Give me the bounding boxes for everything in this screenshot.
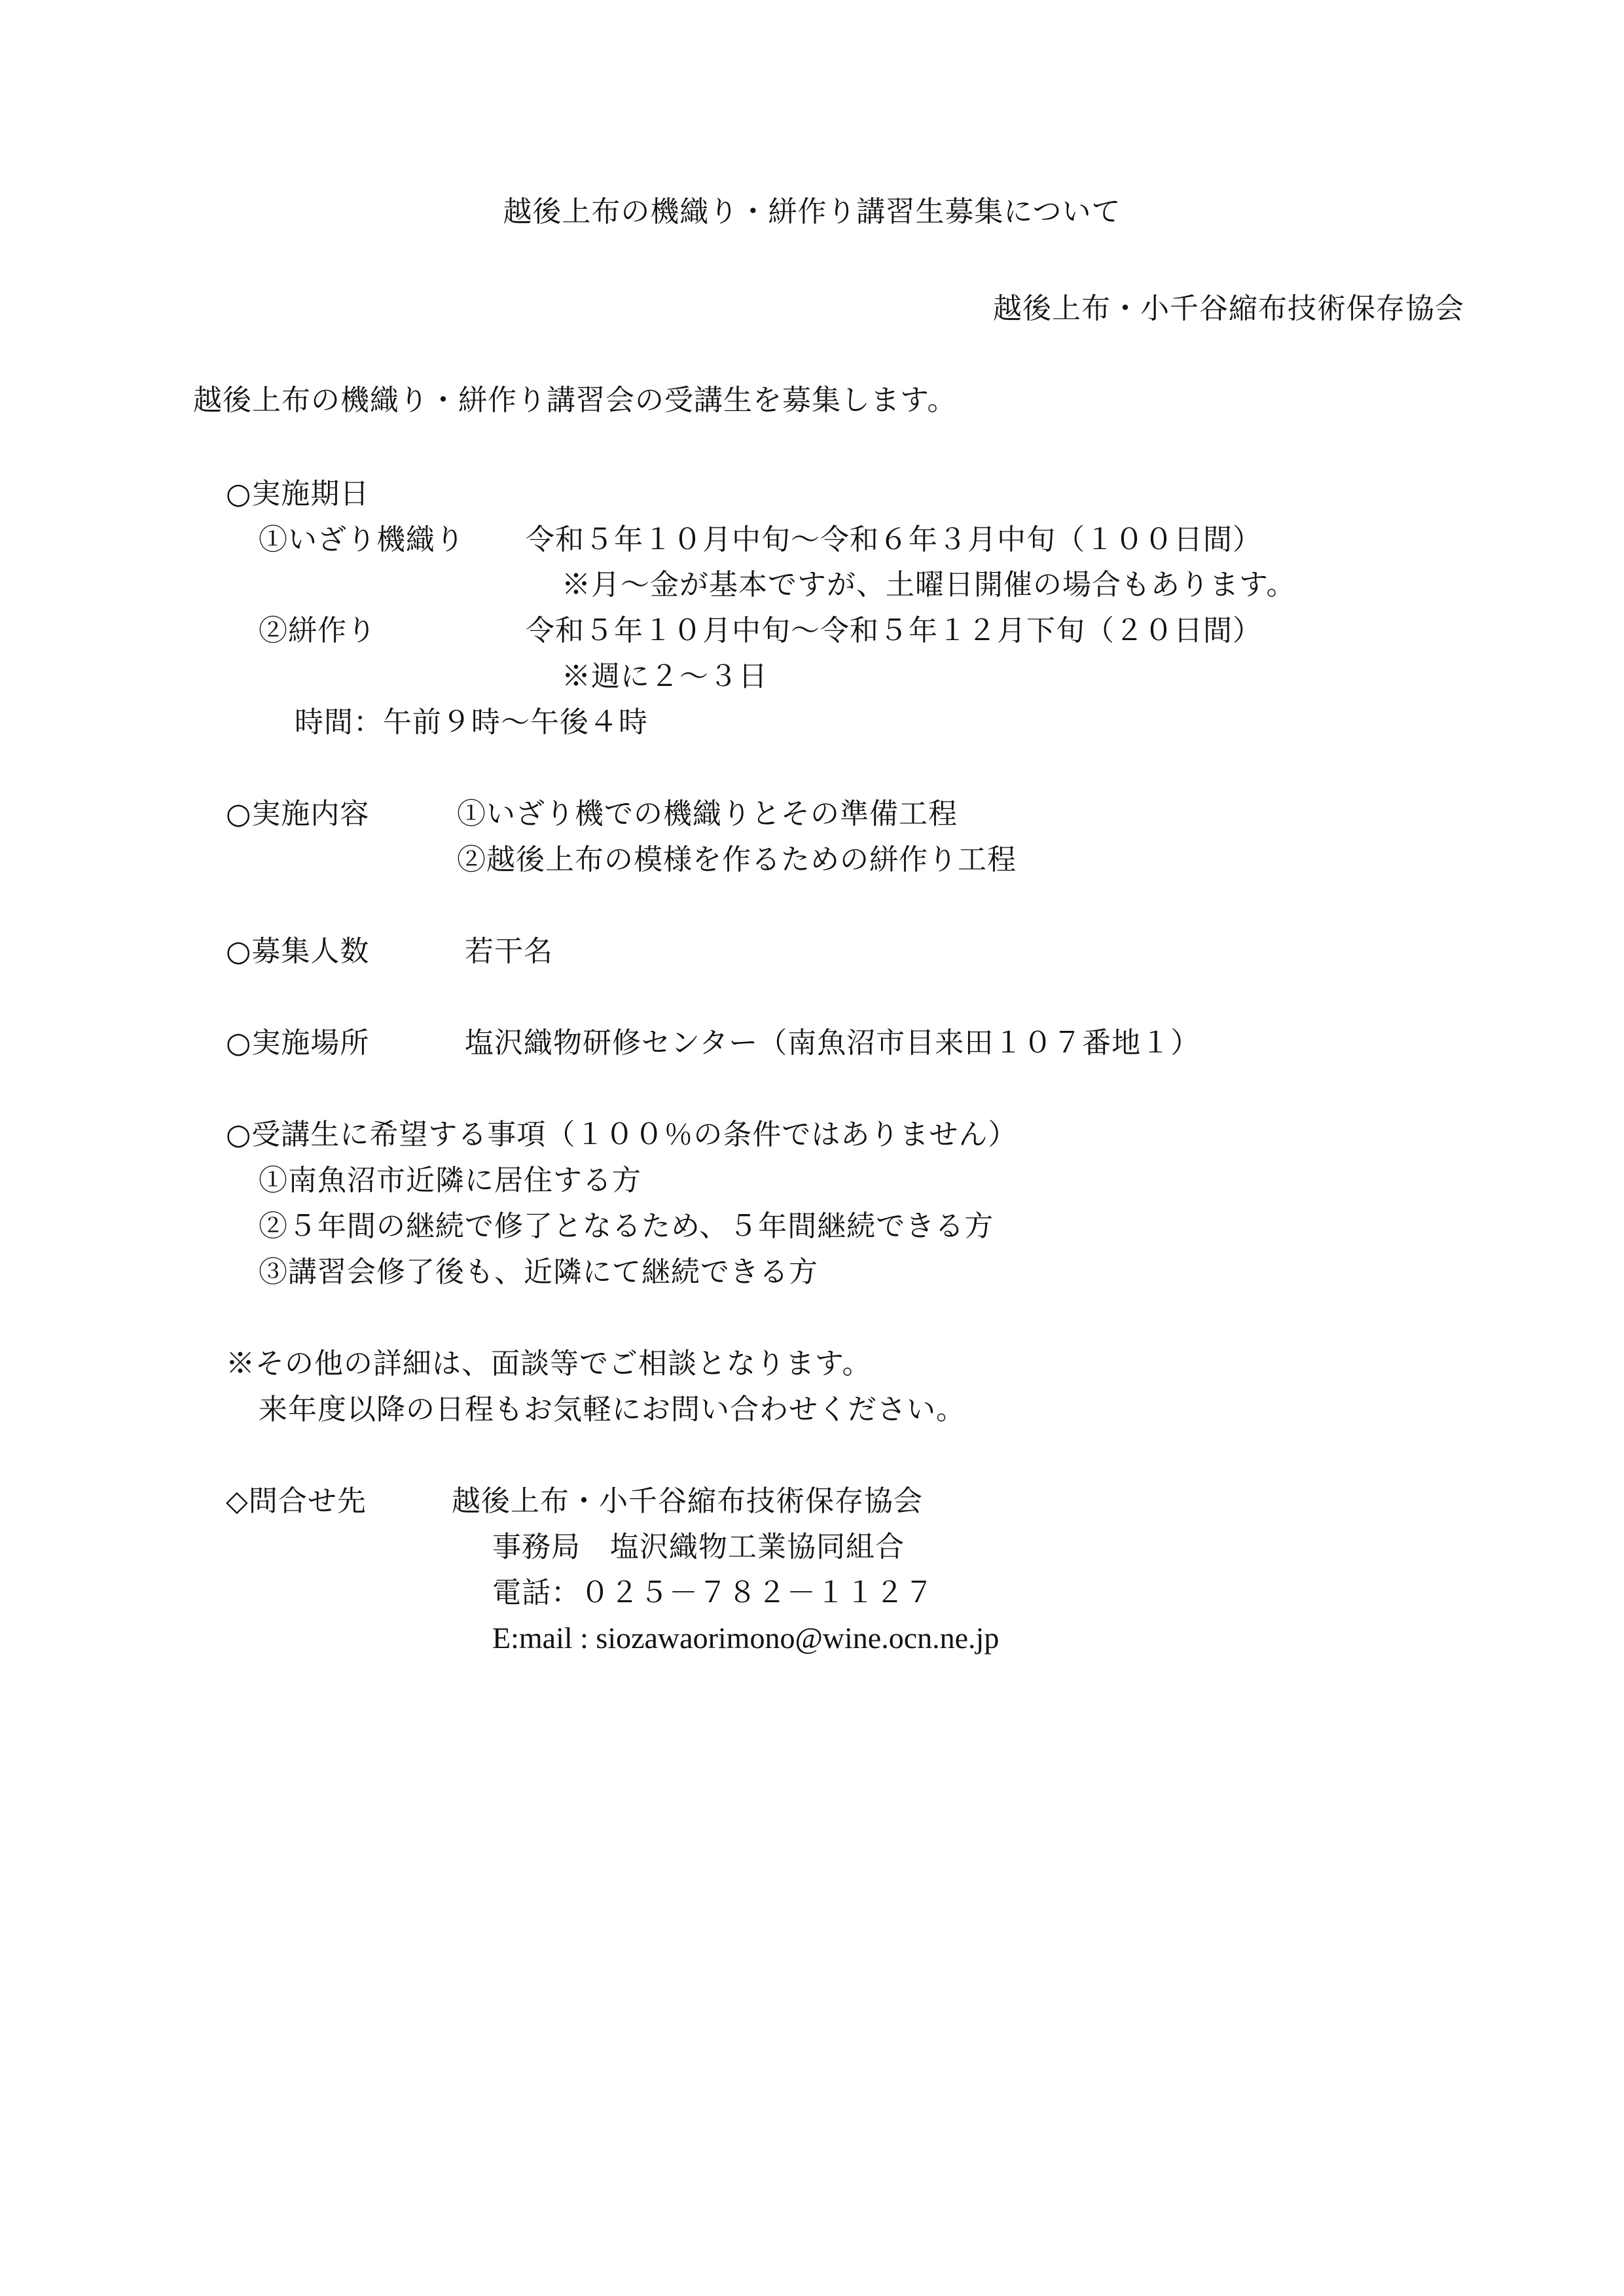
requirement-item: ①南魚沼市近隣に居住する方 (259, 1166, 641, 1195)
document-title: 越後上布の機織り・絣作り講習生募集について (0, 198, 1624, 226)
recruitment-value: 若干名 (465, 937, 553, 966)
requirement-item: ③講習会修了後も、近隣にて継続できる方 (259, 1258, 818, 1287)
schedule-heading: ○実施期日 (226, 480, 369, 509)
content-heading: ○実施内容 (226, 800, 369, 829)
location-value: 塩沢織物研修センター（南魚沼市目来田１０７番地１） (465, 1029, 1200, 1058)
content-item: ②越後上布の模様を作るための絣作り工程 (457, 846, 1017, 874)
recruitment-heading: ○募集人数 (226, 937, 369, 966)
location-heading: ○実施場所 (226, 1029, 369, 1058)
schedule-item-period-kasuri: 令和５年１０月中旬～令和５年１２月下旬（２０日間） (526, 617, 1262, 645)
note-line-1: ※その他の詳細は、面談等でご相談となります。 (226, 1350, 871, 1378)
intro-text: 越後上布の機織り・絣作り講習会の受講生を募集します。 (193, 386, 956, 415)
schedule-item-label-kasuri: ②絣作り (259, 617, 376, 645)
contact-phone: 電話：０２５－７８２－１１２７ (492, 1579, 934, 1607)
requirement-item: ②５年間の継続で修了となるため、５年間継続できる方 (259, 1212, 994, 1241)
schedule-item-note-weaving: ※月～金が基本ですが、土曜日開催の場合もあります。 (562, 571, 1295, 600)
schedule-item-label-weaving: ①いざり機織り (259, 526, 465, 554)
schedule-time: 時間：午前９時～午後４時 (295, 708, 648, 737)
contact-email[interactable]: E:mail : siozawaorimono@wine.ocn.ne.jp (492, 1623, 999, 1653)
schedule-item-note-kasuri: ※週に２～３日 (562, 662, 768, 691)
issuing-organization: 越後上布・小千谷縮布技術保存協会 (993, 295, 1464, 323)
contact-office: 事務局 塩沢織物工業協同組合 (492, 1533, 905, 1562)
content-item: ①いざり機での機織りとその準備工程 (457, 800, 958, 829)
contact-organization: 越後上布・小千谷縮布技術保存協会 (452, 1487, 923, 1516)
contact-heading: ◇問合せ先 (226, 1487, 367, 1516)
requirements-heading: ○受講生に希望する事項（１００％の条件ではありません） (226, 1121, 1017, 1149)
schedule-item-period-weaving: 令和５年１０月中旬～令和６年３月中旬（１００日間） (526, 526, 1262, 554)
note-line-2: 来年度以降の日程もお気軽にお問い合わせください。 (259, 1395, 965, 1424)
